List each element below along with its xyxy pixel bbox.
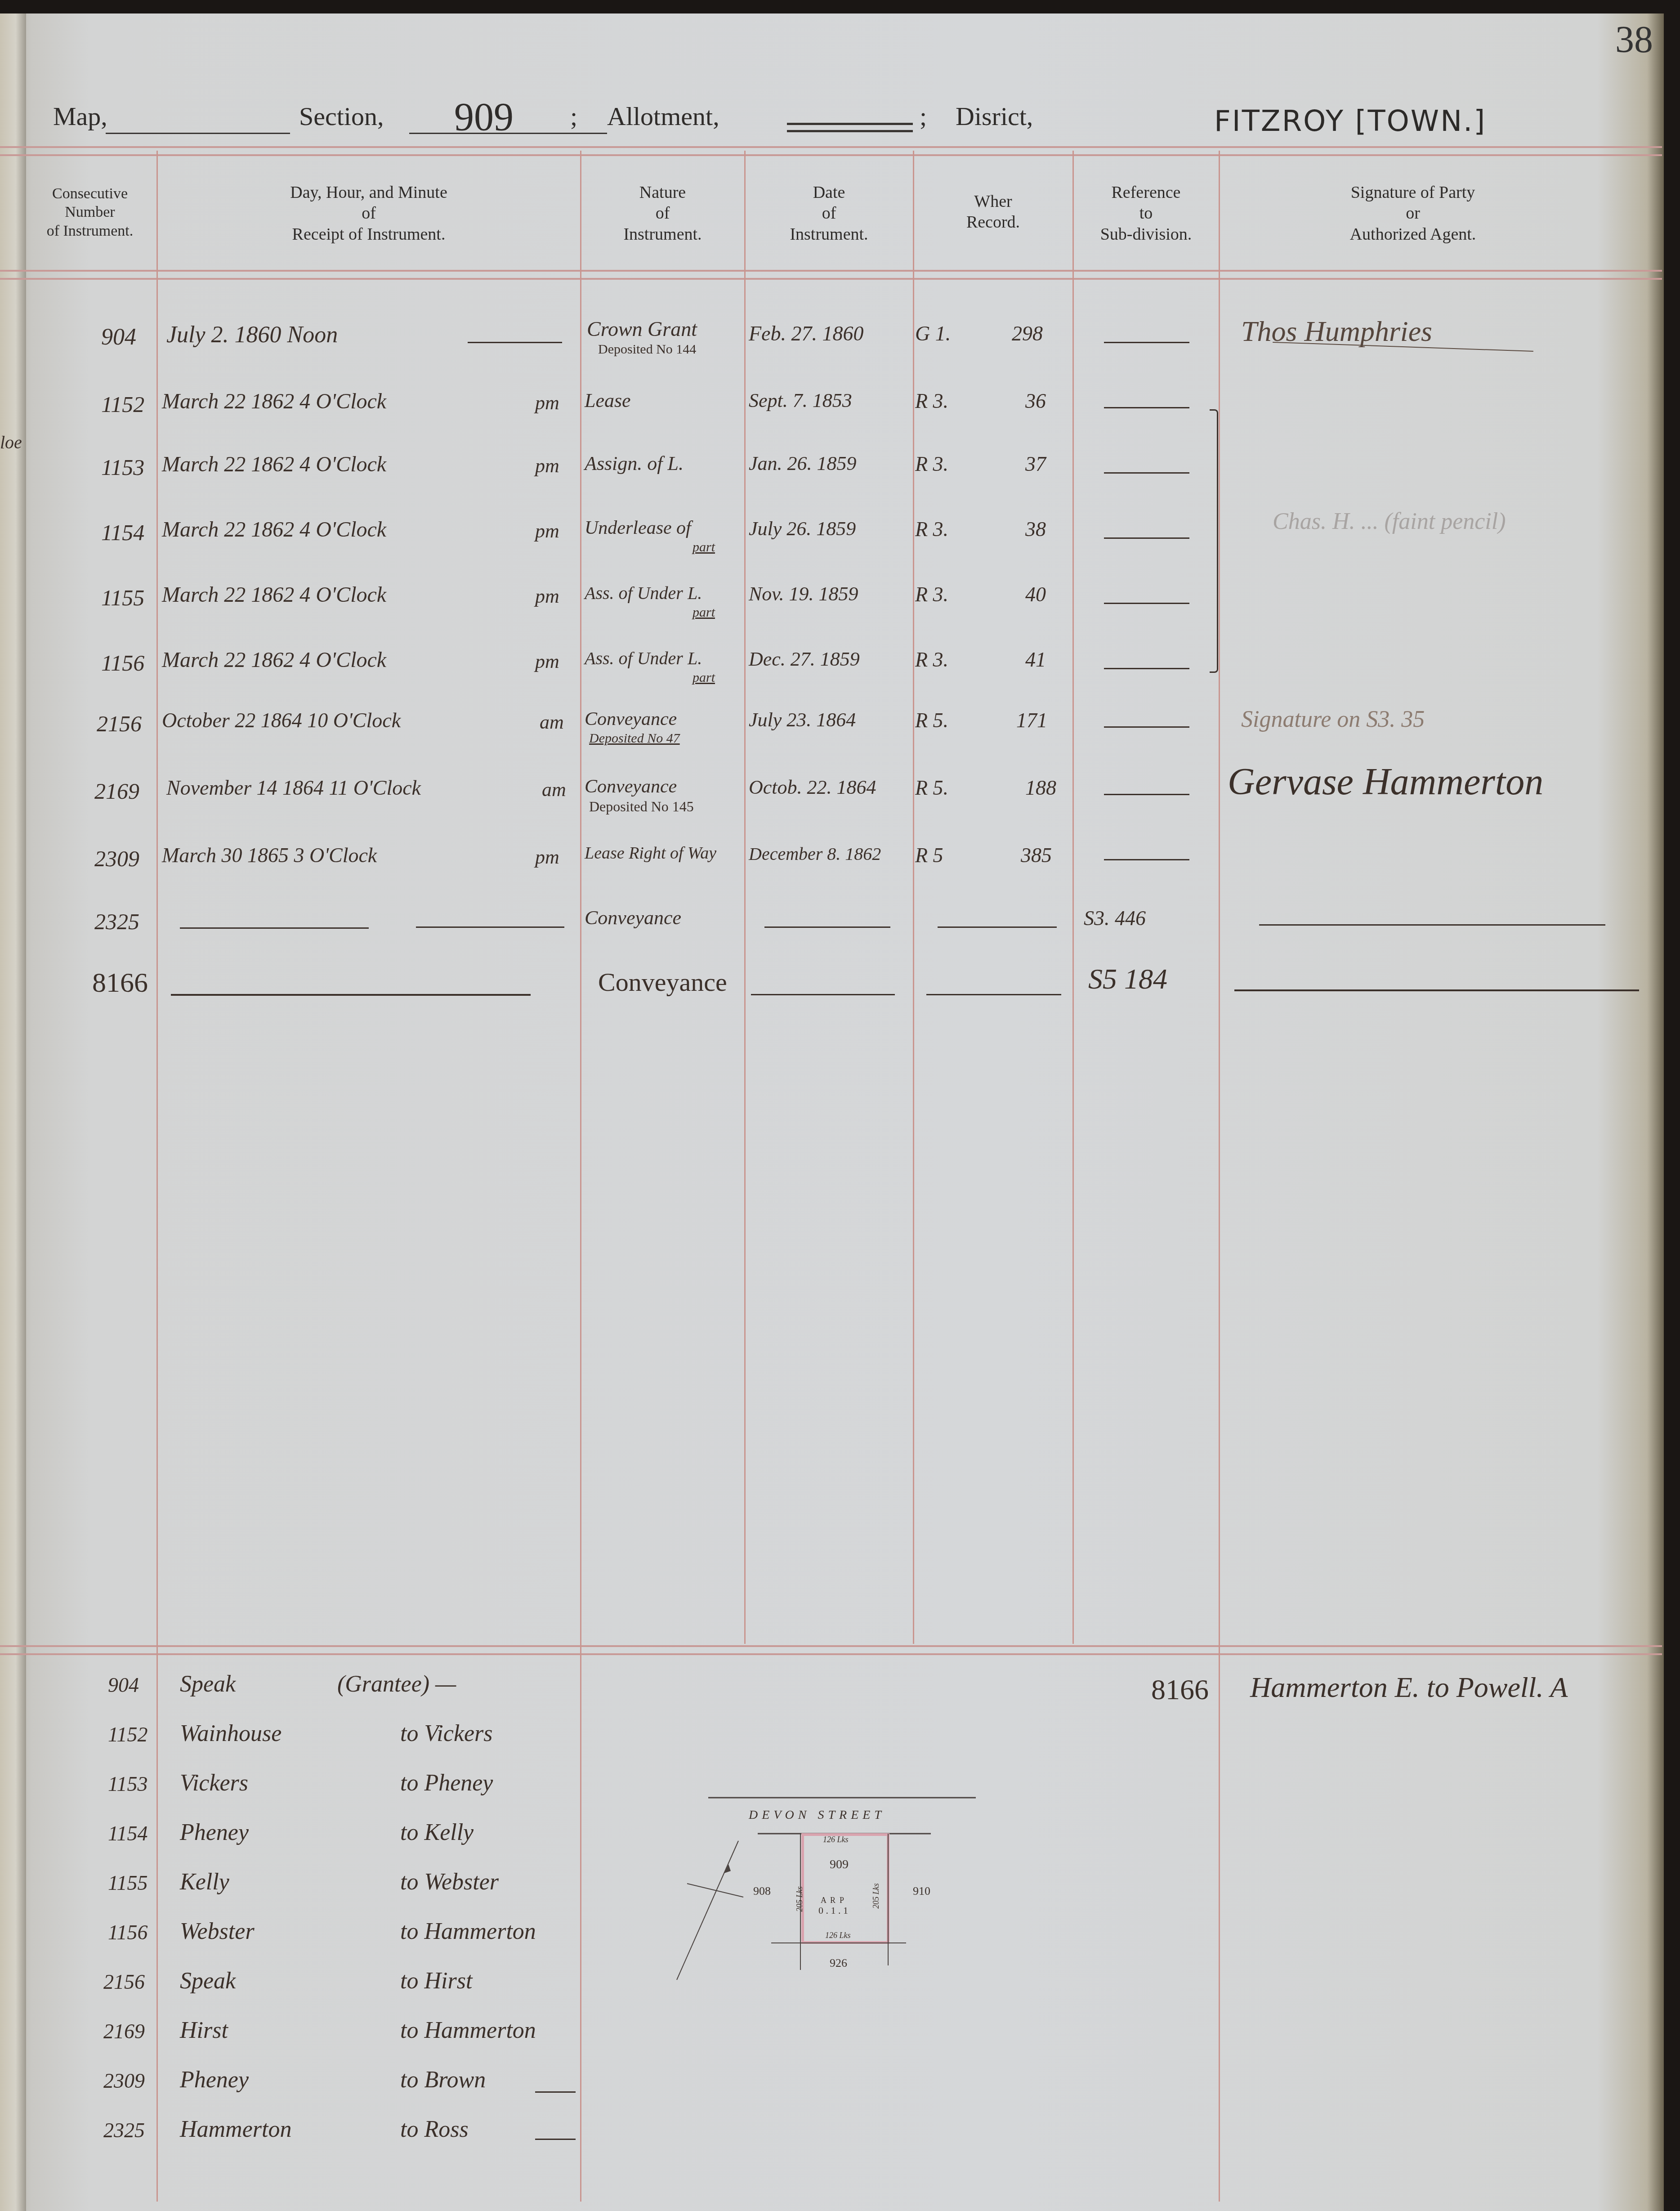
col-header-date: Date of Instrument. xyxy=(745,182,913,245)
allotment-dash-2 xyxy=(787,130,913,132)
signature-note: Signature on S3. 35 xyxy=(1241,706,1425,733)
entry-where-folio: 36 xyxy=(1025,389,1046,413)
semicolon-2: ; xyxy=(920,101,927,131)
entry-nature-note: Deposited No 144 xyxy=(598,342,696,357)
entry-number: 2156 xyxy=(97,711,142,737)
entry-number: 1155 xyxy=(101,585,144,611)
entry-number: 2325 xyxy=(94,909,139,935)
section-value: 909 xyxy=(454,94,514,140)
entry-receipt: October 22 1864 10 O'Clock xyxy=(162,708,401,732)
map-label: Map, xyxy=(53,101,107,131)
transfer-number: 1153 xyxy=(108,1772,148,1796)
col-divider-3 xyxy=(744,151,746,1644)
entry-number: 1156 xyxy=(101,650,144,676)
transfer-number: 2309 xyxy=(103,2069,145,2093)
col-header-nature: Nature of Instrument. xyxy=(581,182,744,245)
header-bottom-rule xyxy=(0,270,1662,280)
reference-dash xyxy=(1104,859,1189,860)
entry-date: Feb. 27. 1860 xyxy=(749,322,864,345)
entry-meridiem: pm xyxy=(535,454,559,477)
entry-date: Jan. 26. 1859 xyxy=(749,452,857,475)
meridiem-dash xyxy=(416,926,564,928)
entry-receipt: March 30 1865 3 O'Clock xyxy=(162,843,377,867)
lot-diagram: DEVON STREET 909 908 910 926 126 Lks 126… xyxy=(652,1777,1034,2091)
entry-where-folio: 41 xyxy=(1025,648,1046,671)
transfer-to: to Webster xyxy=(400,1869,499,1895)
entry-nature-note: Deposited No 47 xyxy=(589,731,680,746)
entry-date: Sept. 7. 1853 xyxy=(749,389,852,412)
entry-number: 2309 xyxy=(94,846,139,872)
entry-nature: Crown Grant xyxy=(587,317,697,341)
transfer-from: Webster xyxy=(180,1918,255,1945)
transfer-from: Hirst xyxy=(180,2017,228,2044)
binding-edge xyxy=(0,13,26,2211)
entry-meridiem: pm xyxy=(535,391,559,414)
col-divider-6 xyxy=(1219,151,1220,2202)
entry-nature: Lease Right of Way xyxy=(585,843,716,863)
reference-dash xyxy=(1104,407,1189,408)
entry-nature: Conveyance xyxy=(585,708,677,730)
header-top-rule xyxy=(0,146,1662,156)
entry-meridiem: pm xyxy=(535,846,559,868)
transfer-from: Wainhouse xyxy=(180,1720,281,1747)
lot-number: 909 xyxy=(830,1857,849,1872)
page-header: Map, Section, 909 ; Allotment, ; Disrict… xyxy=(0,97,1664,142)
transfer-to: (Grantee) — xyxy=(337,1671,456,1697)
entry-meridiem: pm xyxy=(535,585,559,608)
entry-where-book: G 1. xyxy=(915,322,951,345)
entry-where-book: R 5. xyxy=(915,708,948,732)
entry-number: 904 xyxy=(101,324,136,350)
entry-reference: S5 184 xyxy=(1088,962,1167,996)
col-header-number: Consecutive Number of Instrument. xyxy=(27,184,153,240)
entry-nature-note: part xyxy=(693,605,715,620)
entry-meridiem: pm xyxy=(535,519,559,542)
transfer-to: to Vickers xyxy=(400,1720,493,1747)
entry-number: 1154 xyxy=(101,519,144,546)
col-header-where: Wher Record. xyxy=(914,191,1072,233)
entry-nature: Ass. of Under L. xyxy=(585,582,702,604)
transfer-from: Speak xyxy=(180,1671,236,1697)
entry-nature-note: part xyxy=(693,670,715,685)
left-dimension: 205 Lks xyxy=(795,1886,804,1912)
entry-number: 8166 xyxy=(92,967,148,999)
transfer-to: to Kelly xyxy=(400,1819,474,1846)
entry-where-folio: 385 xyxy=(1021,843,1052,867)
reference-dash xyxy=(1104,603,1189,604)
receipt-dash xyxy=(468,342,562,343)
col-divider-4 xyxy=(913,151,914,1644)
entry-receipt: July 2. 1860 Noon xyxy=(166,322,338,348)
entry-date: Nov. 19. 1859 xyxy=(749,582,858,605)
street-label: DEVON STREET xyxy=(749,1808,885,1822)
east-lot: 910 xyxy=(913,1884,930,1898)
lower-section-rule xyxy=(0,1645,1662,1655)
where-dash xyxy=(938,926,1057,928)
signature-humphries: Thos Humphries xyxy=(1241,315,1432,348)
entry-where-folio: 40 xyxy=(1025,582,1046,606)
transfer-from: Hammerton xyxy=(180,2116,291,2143)
transfer-to: to Hammerton xyxy=(400,1918,536,1945)
entry-nature-note: part xyxy=(693,540,715,555)
district-label: Disrict, xyxy=(956,101,1033,131)
entry-receipt: March 22 1862 4 O'Clock xyxy=(162,389,386,414)
transfer-number: 2156 xyxy=(103,1970,145,1994)
entry-where-book: R 3. xyxy=(915,582,948,606)
transfer-number: 904 xyxy=(108,1673,139,1697)
entry-meridiem: pm xyxy=(535,650,559,673)
entry-where-folio: 38 xyxy=(1025,517,1046,541)
transfer-number: 1156 xyxy=(108,1920,148,1944)
col-header-reference: Reference to Sub-division. xyxy=(1073,182,1219,245)
transfer-from: Pheney xyxy=(180,2067,249,2093)
transfer-from: Kelly xyxy=(180,1869,229,1895)
entry-receipt: March 22 1862 4 O'Clock xyxy=(162,648,386,672)
transfer-number: 1152 xyxy=(108,1723,148,1746)
transfer-from: Pheney xyxy=(180,1819,249,1846)
bracket xyxy=(1210,409,1218,673)
transfer-to: to Hirst xyxy=(400,1968,472,1994)
entry-number: 2169 xyxy=(94,778,139,804)
entry-receipt: November 14 1864 11 O'Clock xyxy=(166,776,421,800)
district-value: FITZROY [TOWN.] xyxy=(1214,105,1486,138)
bracket-rule-bottom xyxy=(535,2139,576,2140)
entry-where-book: R 5 xyxy=(915,843,943,867)
entry-meridiem: am xyxy=(542,778,566,801)
entry-meridiem: am xyxy=(540,711,564,734)
receipt-dash xyxy=(180,927,369,929)
allotment-label: Allotment, xyxy=(607,101,719,131)
reference-dash xyxy=(1104,668,1189,669)
transfer-8166-number: 8166 xyxy=(1151,1673,1209,1706)
entry-nature: Lease xyxy=(585,389,631,412)
allotment-dash-1 xyxy=(787,123,913,125)
transfer-number: 1154 xyxy=(108,1822,148,1845)
transfer-number: 1155 xyxy=(108,1871,148,1895)
entry-nature: Conveyance xyxy=(598,967,727,997)
right-dimension: 205 Lks xyxy=(871,1883,881,1909)
bottom-dimension: 126 Lks xyxy=(825,1931,851,1940)
entry-number: 1152 xyxy=(101,391,144,417)
reference-dash xyxy=(1104,726,1189,728)
signature-dash xyxy=(1259,924,1605,926)
entry-date: December 8. 1862 xyxy=(749,843,881,864)
semicolon: ; xyxy=(570,101,577,131)
entry-where-book: R 3. xyxy=(915,452,948,476)
entry-reference: S3. 446 xyxy=(1084,906,1146,930)
col-header-signature: Signature of Party or Authorized Agent. xyxy=(1220,182,1606,245)
margin-note: loe xyxy=(0,432,22,453)
entry-receipt: March 22 1862 4 O'Clock xyxy=(162,452,386,477)
entry-receipt: March 22 1862 4 O'Clock xyxy=(162,582,386,607)
page-number: 38 xyxy=(1615,18,1653,62)
entry-where-book: R 3. xyxy=(915,648,948,671)
col-divider-2 xyxy=(580,151,581,2202)
entry-nature-note: Deposited No 145 xyxy=(589,798,694,815)
col-divider-1 xyxy=(156,151,158,2202)
south-lot: 926 xyxy=(830,1956,847,1970)
col-divider-5 xyxy=(1072,151,1074,1644)
entry-receipt: March 22 1862 4 O'Clock xyxy=(162,517,386,542)
transfer-from: Vickers xyxy=(180,1770,248,1796)
reference-dash xyxy=(1104,342,1189,343)
reference-dash xyxy=(1104,794,1189,795)
reference-dash xyxy=(1104,537,1189,539)
date-dash xyxy=(751,994,895,995)
signature-hammerton: Gervase Hammerton xyxy=(1228,760,1543,804)
signature-dash xyxy=(1234,989,1639,991)
area-units: A R P xyxy=(821,1896,844,1905)
entry-date: Octob. 22. 1864 xyxy=(749,776,876,799)
col-header-receipt: Day, Hour, and Minute of Receipt of Inst… xyxy=(157,182,580,245)
transfer-to: to Hammerton xyxy=(400,2017,536,2044)
entry-where-book: R 5. xyxy=(915,776,948,800)
bracket-rule-top xyxy=(535,2091,576,2093)
entry-date: July 23. 1864 xyxy=(749,708,856,731)
transfer-number: 2325 xyxy=(103,2118,145,2142)
entry-nature: Assign. of L. xyxy=(585,452,684,475)
entry-nature: Ass. of Under L. xyxy=(585,648,702,669)
transfer-to: to Brown xyxy=(400,2067,486,2093)
entry-where-book: R 3. xyxy=(915,389,948,413)
entry-nature: Underlease of xyxy=(585,517,691,539)
transfer-to: to Ross xyxy=(400,2116,469,2143)
entry-where-folio: 188 xyxy=(1025,776,1056,800)
section-label: Section, xyxy=(299,101,384,131)
entry-where-book: R 3. xyxy=(915,517,948,541)
entry-nature: Conveyance xyxy=(585,906,681,929)
entry-where-folio: 37 xyxy=(1025,452,1046,476)
receipt-dash xyxy=(171,994,531,996)
reference-dash xyxy=(1104,472,1189,474)
transfer-number: 2169 xyxy=(103,2019,145,2043)
entry-where-folio: 298 xyxy=(1012,322,1043,345)
entry-where-folio: 171 xyxy=(1016,708,1047,732)
transfer-to: to Pheney xyxy=(400,1770,493,1796)
entry-number: 1153 xyxy=(101,454,144,480)
date-dash xyxy=(764,926,890,928)
transfer-from: Speak xyxy=(180,1968,236,1994)
signature-faint-pencil: Chas. H. ... (faint pencil) xyxy=(1273,508,1506,535)
map-field xyxy=(106,133,290,134)
entry-date: July 26. 1859 xyxy=(749,517,856,540)
west-lot: 908 xyxy=(753,1884,771,1898)
top-dimension: 126 Lks xyxy=(823,1835,849,1844)
entry-date: Dec. 27. 1859 xyxy=(749,648,860,671)
area-value: 0 . 1 . 1 xyxy=(818,1905,848,1916)
entry-nature: Conveyance xyxy=(585,776,677,797)
transfer-8166-text: Hammerton E. to Powell. A xyxy=(1250,1671,1568,1704)
where-dash xyxy=(926,994,1061,995)
